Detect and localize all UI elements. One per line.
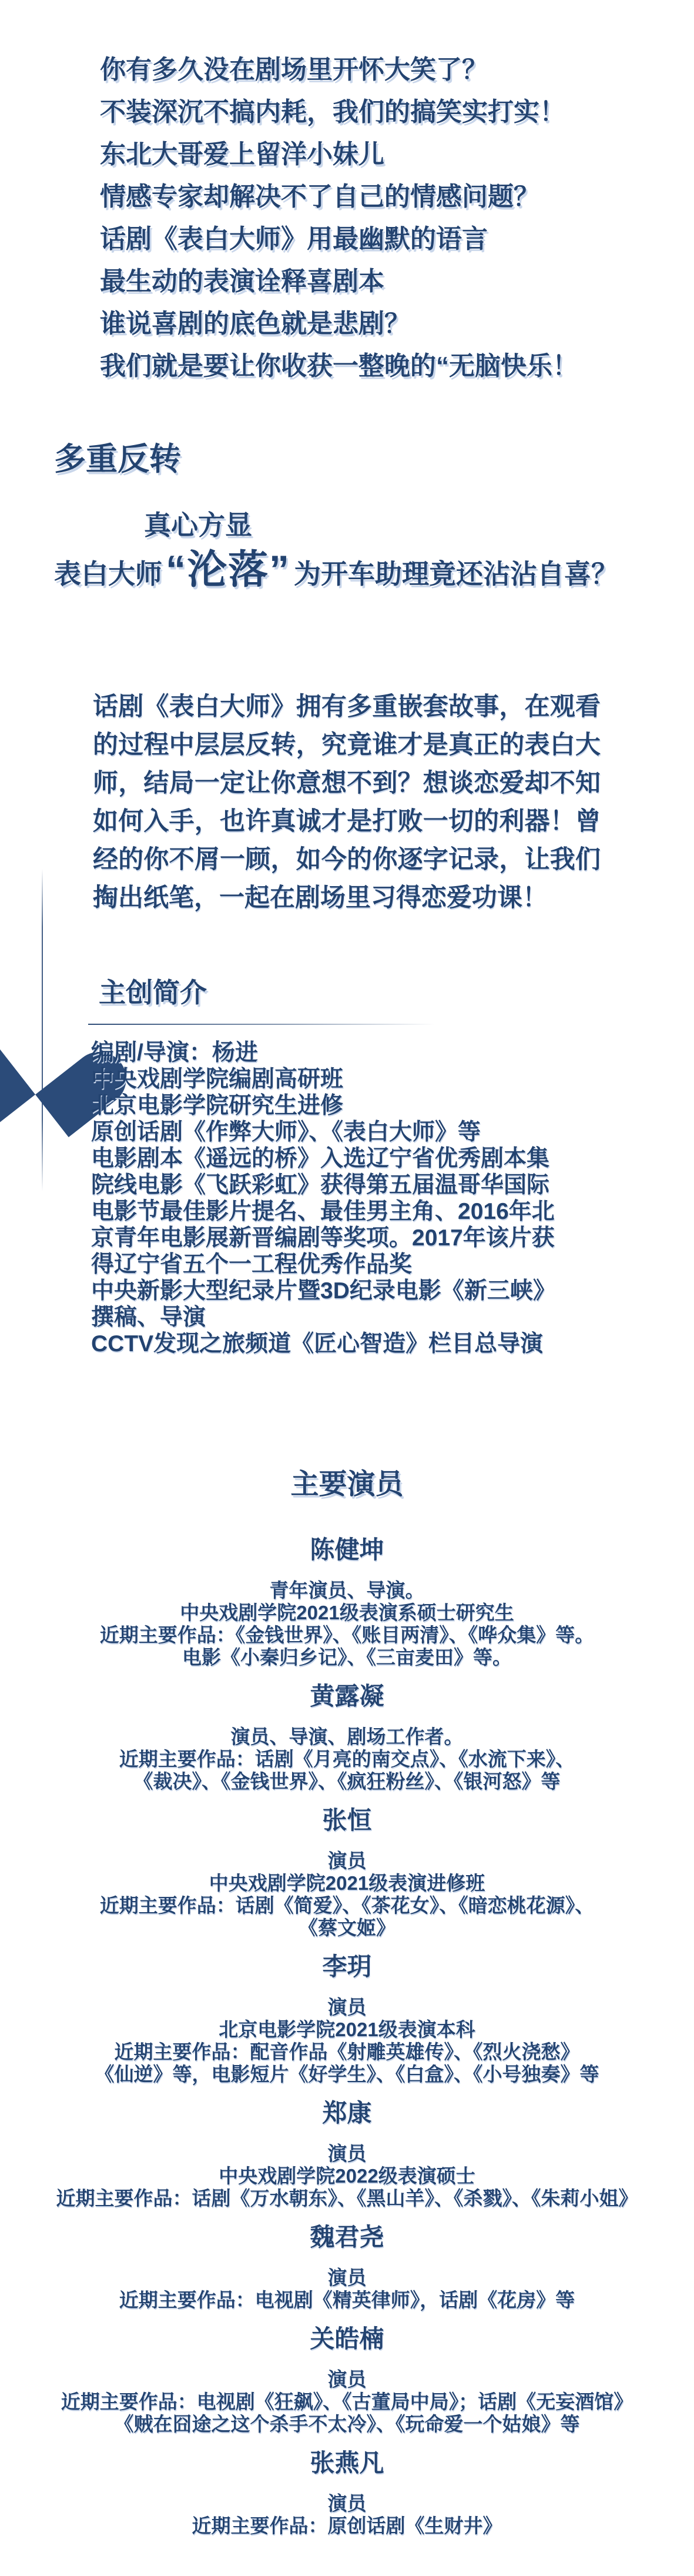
section-heading-reversal: 多重反转: [54, 441, 181, 477]
slogan-line: 话剧《表白大师》用最幽默的语言: [100, 218, 659, 260]
actor-line: 演员、导演、剧场工作者。: [0, 1726, 694, 1748]
actor-line: 近期主要作品：电视剧《精英律师》，话剧《花房》等: [0, 2289, 694, 2311]
actor-line: 演员: [0, 1996, 694, 2019]
creator-bio-line: 京青年电影展新晋编剧等奖项。2017年该片获: [91, 1225, 670, 1251]
creator-bio-block: 编剧/导演：杨进 中央戏剧学院编剧高研班 北京电影学院研究生进修 原创话剧《作弊…: [91, 1040, 670, 1357]
actor-line: 近期主要作品：电视剧《狂飙》、《古董局中局》；话剧《无妄酒馆》: [0, 2391, 694, 2413]
slogan-line: 东北大哥爱上留洋小妹儿: [100, 133, 659, 176]
actor-block: 郑康 演员 中央戏剧学院2022级表演硕士 近期主要作品：话剧《万水朝东》、《黑…: [0, 2099, 694, 2210]
creator-bio-line: 电影剧本《遥远的桥》入选辽宁省优秀剧本集: [91, 1145, 670, 1172]
reversal-subline: 真心方显: [144, 509, 252, 541]
actor-line: 近期主要作品：《金钱世界》、《账目两清》、《哗众集》等。: [0, 1624, 694, 1646]
actor-block: 李玥 演员 北京电影学院2021级表演本科 近期主要作品：配音作品《射雕英雄传》…: [0, 1953, 694, 2086]
actor-line: 近期主要作品：原创话剧《生财井》: [0, 2515, 694, 2537]
slogan-line: 最生动的表演诠释喜剧本: [100, 260, 659, 303]
actor-name: 魏君尧: [0, 2223, 694, 2251]
actor-line: 演员: [0, 1850, 694, 1872]
actor-line: 近期主要作品：话剧《万水朝东》、《黑山羊》、《杀戮》、《朱莉小姐》: [0, 2187, 694, 2210]
actor-name: 李玥: [0, 1953, 694, 1981]
cast-list: 陈健坤 青年演员、导演。 中央戏剧学院2021级表演系硕士研究生 近期主要作品：…: [0, 1536, 694, 2537]
actor-line: 近期主要作品：话剧《简爱》、《茶花女》、《暗恋桃花源》、: [0, 1895, 694, 1917]
section-heading-cast: 主要演员: [0, 1469, 694, 1501]
creator-bio-line: 中央新影大型纪录片暨3D纪录电影《新三峡》: [91, 1278, 670, 1304]
synopsis-paragraph: 话剧《表白大师》拥有多重嵌套故事，在观看的过程中层层反转，究竟谁才是真正的表白大…: [93, 688, 601, 917]
creator-bio-line: 得辽宁省五个一工程优秀作品奖: [91, 1251, 670, 1278]
actor-line: 演员: [0, 2493, 694, 2515]
actor-line: 近期主要作品：配音作品《射雕英雄传》、《烈火浇愁》: [0, 2041, 694, 2063]
creator-bio-line: 中央戏剧学院编剧高研班: [91, 1066, 670, 1092]
actor-block: 张燕凡 演员 近期主要作品：原创话剧《生财井》: [0, 2449, 694, 2537]
actor-line: 演员: [0, 2143, 694, 2165]
reversal-tagline: 表白大师“沦落”为开车助理竟还沾沾自喜？: [54, 544, 618, 599]
actor-line: 中央戏剧学院2021级表演进修班: [0, 1872, 694, 1895]
creator-bio-line: CCTV发现之旅频道《匠心智造》栏目总导演: [91, 1331, 670, 1357]
actor-line: 中央戏剧学院2021级表演系硕士研究生: [0, 1602, 694, 1624]
creator-bio-line: 编剧/导演：杨进: [91, 1040, 670, 1066]
creator-bio-line: 撰稿、导演: [91, 1304, 670, 1331]
actor-line: 青年演员、导演。: [0, 1579, 694, 1602]
actor-block: 陈健坤 青年演员、导演。 中央戏剧学院2021级表演系硕士研究生 近期主要作品：…: [0, 1536, 694, 1669]
actor-line: 中央戏剧学院2022级表演硕士: [0, 2165, 694, 2187]
section-divider-line: [88, 1024, 435, 1025]
slogan-line: 情感专家却解决不了自己的情感问题？: [100, 176, 659, 218]
creator-bio-line: 院线电影《飞跃彩虹》获得第五届温哥华国际: [91, 1172, 670, 1198]
actor-line: 近期主要作品：话剧《月亮的南交点》、《水流下来》、: [0, 1748, 694, 1770]
promo-page: 你有多久没在剧场里开怀大笑了？ 不装深沉不搞内耗，我们的搞笑实打实！ 东北大哥爱…: [0, 0, 694, 2576]
tagline-emphasis: “沦落”: [162, 547, 294, 592]
creator-bio-line: 原创话剧《作弊大师》、《表白大师》等: [91, 1119, 670, 1145]
heart-icon: [0, 1001, 99, 1111]
slogan-line: 谁说喜剧的底色就是悲剧？: [100, 303, 659, 345]
slogan-line: 你有多久没在剧场里开怀大笑了？: [100, 49, 659, 91]
actor-line: 北京电影学院2021级表演本科: [0, 2019, 694, 2041]
slogan-block: 你有多久没在剧场里开怀大笑了？ 不装深沉不搞内耗，我们的搞笑实打实！ 东北大哥爱…: [100, 49, 659, 387]
actor-name: 黄露凝: [0, 1682, 694, 1710]
tagline-suffix: 为开车助理竟还沾沾自喜？: [294, 559, 618, 589]
actor-name: 张燕凡: [0, 2449, 694, 2477]
actor-block: 黄露凝 演员、导演、剧场工作者。 近期主要作品：话剧《月亮的南交点》、《水流下来…: [0, 1682, 694, 1793]
actor-block: 关皓楠 演员 近期主要作品：电视剧《狂飙》、《古董局中局》；话剧《无妄酒馆》 《…: [0, 2325, 694, 2435]
creator-bio-line: 电影节最佳影片提名、最佳男主角、2016年北: [91, 1198, 670, 1225]
creator-bio-line: 北京电影学院研究生进修: [91, 1092, 670, 1119]
actor-line: 《蔡文姬》: [0, 1917, 694, 1939]
actor-line: 电影《小秦归乡记》、《三亩麦田》等。: [0, 1646, 694, 1669]
actor-line: 演员: [0, 2267, 694, 2289]
actor-line: 《裁决》、《金钱世界》、《疯狂粉丝》、《银河怒》等: [0, 1770, 694, 1793]
slogan-line: 不装深沉不搞内耗，我们的搞笑实打实！: [100, 91, 659, 133]
actor-name: 陈健坤: [0, 1536, 694, 1564]
actor-line: 《贼在囧途之这个杀手不太冷》、《玩命爱一个姑娘》等: [0, 2413, 694, 2435]
actor-name: 郑康: [0, 2099, 694, 2127]
actor-line: 演员: [0, 2368, 694, 2391]
slogan-line: 我们就是要让你收获一整晚的“无脑快乐！: [100, 345, 659, 387]
tagline-prefix: 表白大师: [54, 559, 162, 589]
actor-block: 魏君尧 演员 近期主要作品：电视剧《精英律师》，话剧《花房》等: [0, 2223, 694, 2311]
actor-name: 关皓楠: [0, 2325, 694, 2353]
actor-line: 《仙逆》等，电影短片《好学生》、《白盒》、《小号独奏》等: [0, 2063, 694, 2086]
actor-name: 张恒: [0, 1806, 694, 1835]
section-heading-creators: 主创简介: [99, 977, 207, 1008]
actor-block: 张恒 演员 中央戏剧学院2021级表演进修班 近期主要作品：话剧《简爱》、《茶花…: [0, 1806, 694, 1939]
